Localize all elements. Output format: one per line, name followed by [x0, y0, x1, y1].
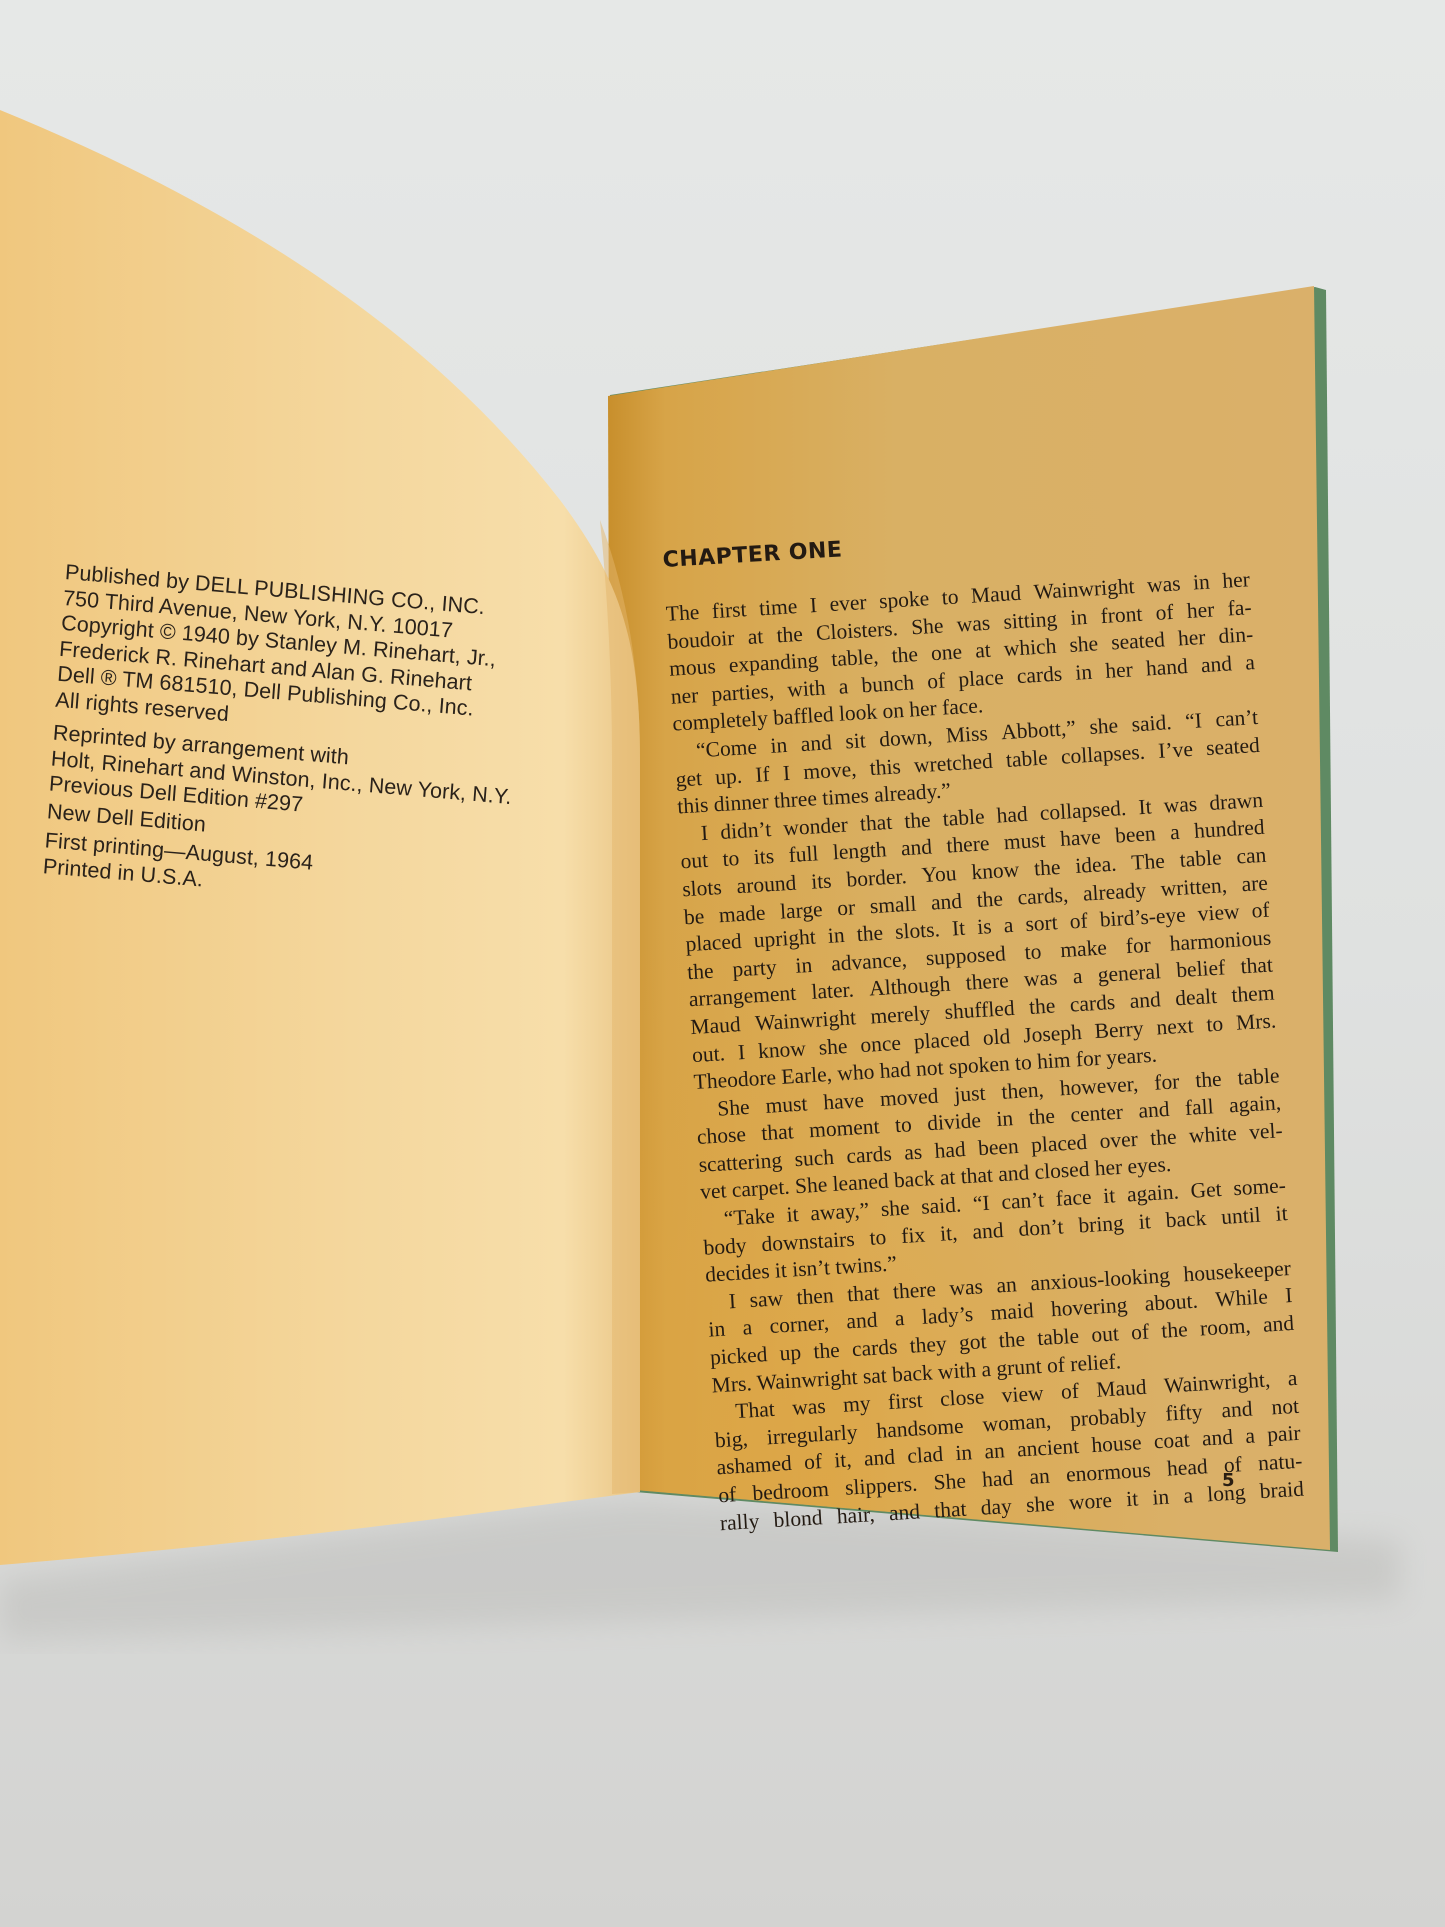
book-photo: Published by DELL PUBLISHING CO., INC. 7…: [0, 0, 1445, 1927]
page-number: 5: [1222, 1470, 1235, 1491]
chapter-body-text: ThefirsttimeIeverspoketoMaudWainwrightwa…: [665, 566, 1305, 1537]
copyright-block: Published by DELL PUBLISHING CO., INC. 7…: [42, 560, 524, 918]
chapter-page: CHAPTER ONE ThefirsttimeIeverspoketoMaud…: [662, 513, 1305, 1537]
